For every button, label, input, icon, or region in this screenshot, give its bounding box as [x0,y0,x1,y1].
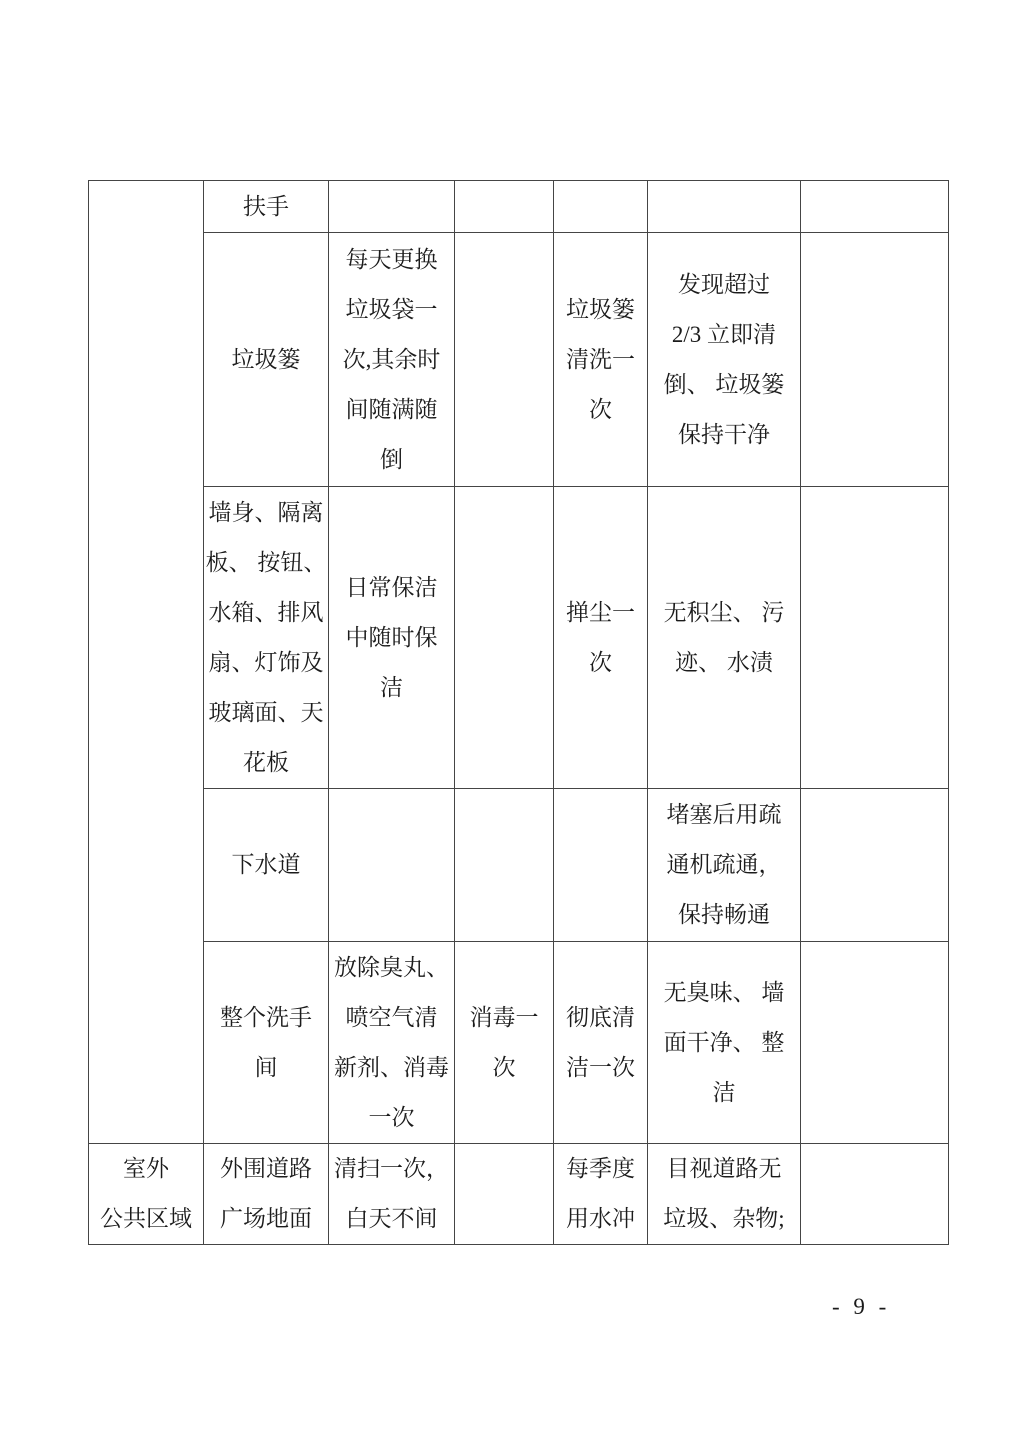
table-cell [329,181,455,233]
document-page: 扶手 垃圾篓 每天更换 垃圾袋一 次,其余时 间随满随 倒 垃圾篓 清洗一 次 … [0,0,1024,1448]
table-cell [801,789,949,942]
area-merged-cell [89,181,204,1144]
table-row: 下水道 堵塞后用疏 通机疏通， 保持畅通 [89,789,949,942]
table-row: 垃圾篓 每天更换 垃圾袋一 次,其余时 间随满随 倒 垃圾篓 清洗一 次 发现超… [89,233,949,487]
item-cell: 外围道路 广场地面 [204,1144,329,1245]
table-cell [554,789,648,942]
table-cell [455,233,554,487]
table-cell [455,487,554,789]
table-cell [455,181,554,233]
table-cell: 无积尘、 污 迹、 水渍 [648,487,801,789]
table-cell [801,233,949,487]
table-cell [455,1144,554,1245]
outdoor-area-cell: 室外 公共区域 [89,1144,204,1245]
table-cell: 堵塞后用疏 通机疏通， 保持畅通 [648,789,801,942]
table-cell: 消毒一 次 [455,942,554,1144]
table-cell: 每季度 用水冲 [554,1144,648,1245]
item-cell: 整个洗手 间 [204,942,329,1144]
table-cell: 发现超过 2/3 立即清 倒、 垃圾篓 保持干净 [648,233,801,487]
item-cell: 扶手 [204,181,329,233]
table-cell [648,181,801,233]
table-cell: 日常保洁 中随时保 洁 [329,487,455,789]
table-cell: 放除臭丸、 喷空气清 新剂、消毒 一次 [329,942,455,1144]
table-cell [801,1144,949,1245]
item-cell: 墙身、隔离 板、 按钮、 水箱、排风 扇、灯饰及 玻璃面、天 花板 [204,487,329,789]
table-row: 室外 公共区域 外围道路 广场地面 清扫一次， 白天不间 每季度 用水冲 目视道… [89,1144,949,1245]
table-cell: 目视道路无 垃圾、杂物; [648,1144,801,1245]
item-cell: 垃圾篓 [204,233,329,487]
table-row: 整个洗手 间 放除臭丸、 喷空气清 新剂、消毒 一次 消毒一 次 彻底清 洁一次… [89,942,949,1144]
page-number: - 9 - [832,1294,890,1320]
table-cell [329,789,455,942]
table-cell [801,487,949,789]
table-cell [801,942,949,1144]
cleaning-schedule-table: 扶手 垃圾篓 每天更换 垃圾袋一 次,其余时 间随满随 倒 垃圾篓 清洗一 次 … [88,180,949,1245]
table-cell: 清扫一次， 白天不间 [329,1144,455,1245]
table-cell [554,181,648,233]
table-cell [455,789,554,942]
table-cell: 掸尘一 次 [554,487,648,789]
table-cell: 每天更换 垃圾袋一 次,其余时 间随满随 倒 [329,233,455,487]
table-cell [801,181,949,233]
table-cell: 垃圾篓 清洗一 次 [554,233,648,487]
table-cell: 无臭味、 墙 面干净、 整 洁 [648,942,801,1144]
table-row: 扶手 [89,181,949,233]
table-row: 墙身、隔离 板、 按钮、 水箱、排风 扇、灯饰及 玻璃面、天 花板 日常保洁 中… [89,487,949,789]
item-cell: 下水道 [204,789,329,942]
table-cell: 彻底清 洁一次 [554,942,648,1144]
